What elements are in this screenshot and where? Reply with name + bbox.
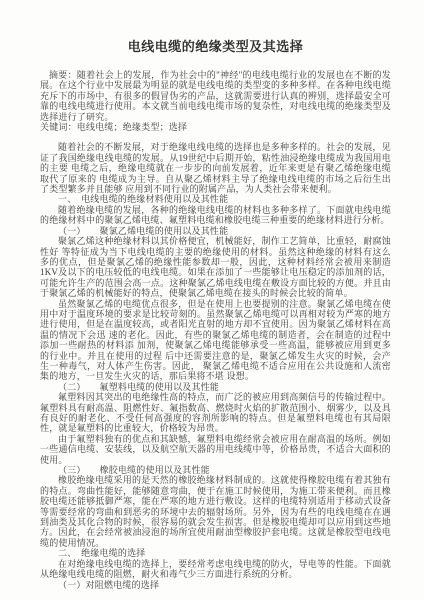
fluoroplastic-heading: （二） 氟塑料电缆的使用以及其性能: [40, 382, 391, 392]
document-page: 电线电缆的绝缘类型及其选择 摘要：随着社会上的发展，作为社会中的"神经"的电线电…: [0, 0, 424, 600]
section2-paragraph: 在对绝缘电线电缆的选择上，要经常考虑电线电缆的防火，导电等的性能。下面就从绝缘电…: [40, 559, 391, 580]
pvc-paragraph-2: 虽然聚氯乙烯的电缆优点很多，但是在使用上也要提别的注意。聚氯乙烯电缆在使用中对于…: [40, 299, 391, 382]
pvc-heading: （一） 聚氯乙烯电缆的使用以及其性能: [40, 226, 391, 236]
rubber-heading: （三） 橡胶电缆的使用以及其性能: [40, 465, 391, 475]
section1-heading: 一、 电线电缆的绝缘材料使用以及其性能: [40, 194, 391, 204]
section1-paragraph: 随着绝缘电缆的发展，各种的绝缘电线电缆的材料也多种多样了。下面就电线电缆的绝缘材…: [40, 205, 391, 226]
rubber-paragraph: 橡胶绝缘电缆采用的是天然的橡胶绝缘材料制成的。这就使得橡胶电缆有着其独有的特点。…: [40, 475, 391, 548]
fluoroplastic-paragraph-2: 由于氟塑料独有的优点和其缺憾，氟塑料电缆经常会被应用在耐高温的场所。例如一些通信…: [40, 434, 391, 465]
keywords-line: 关键词：电线电缆；绝缘类型；选择: [40, 122, 391, 132]
section2-heading: 二、 绝缘电缆的选择: [40, 548, 391, 558]
blank-line: [40, 132, 391, 142]
page-title: 电线电缆的绝缘类型及其选择: [40, 36, 391, 55]
document-body: 电线电缆的绝缘类型及其选择 摘要：随着社会上的发展，作为社会中的"神经"的电线电…: [40, 36, 391, 590]
fluoroplastic-paragraph-1: 氟塑料因其突出的电绝缘性高的特点，而广泛的被应用到高频信号的传输过程中。氟塑料具…: [40, 392, 391, 434]
intro-paragraph: 随着社会的不断发展，对于绝缘电线电缆的选择也是多种多样的。社会的发展，见证了我国…: [40, 142, 391, 194]
flame-retardant-heading: （一）对阻燃电缆的选择: [40, 580, 391, 590]
pvc-paragraph-1: 聚氯乙烯这种绝缘材料以其价格便宜，机械能好，制作工艺简单，比重轻，耐腐蚀性好 等…: [40, 236, 391, 298]
abstract-paragraph: 摘要：随着社会上的发展，作为社会中的"神经"的电线电缆行业的发展也在不断的发展。…: [40, 70, 391, 122]
